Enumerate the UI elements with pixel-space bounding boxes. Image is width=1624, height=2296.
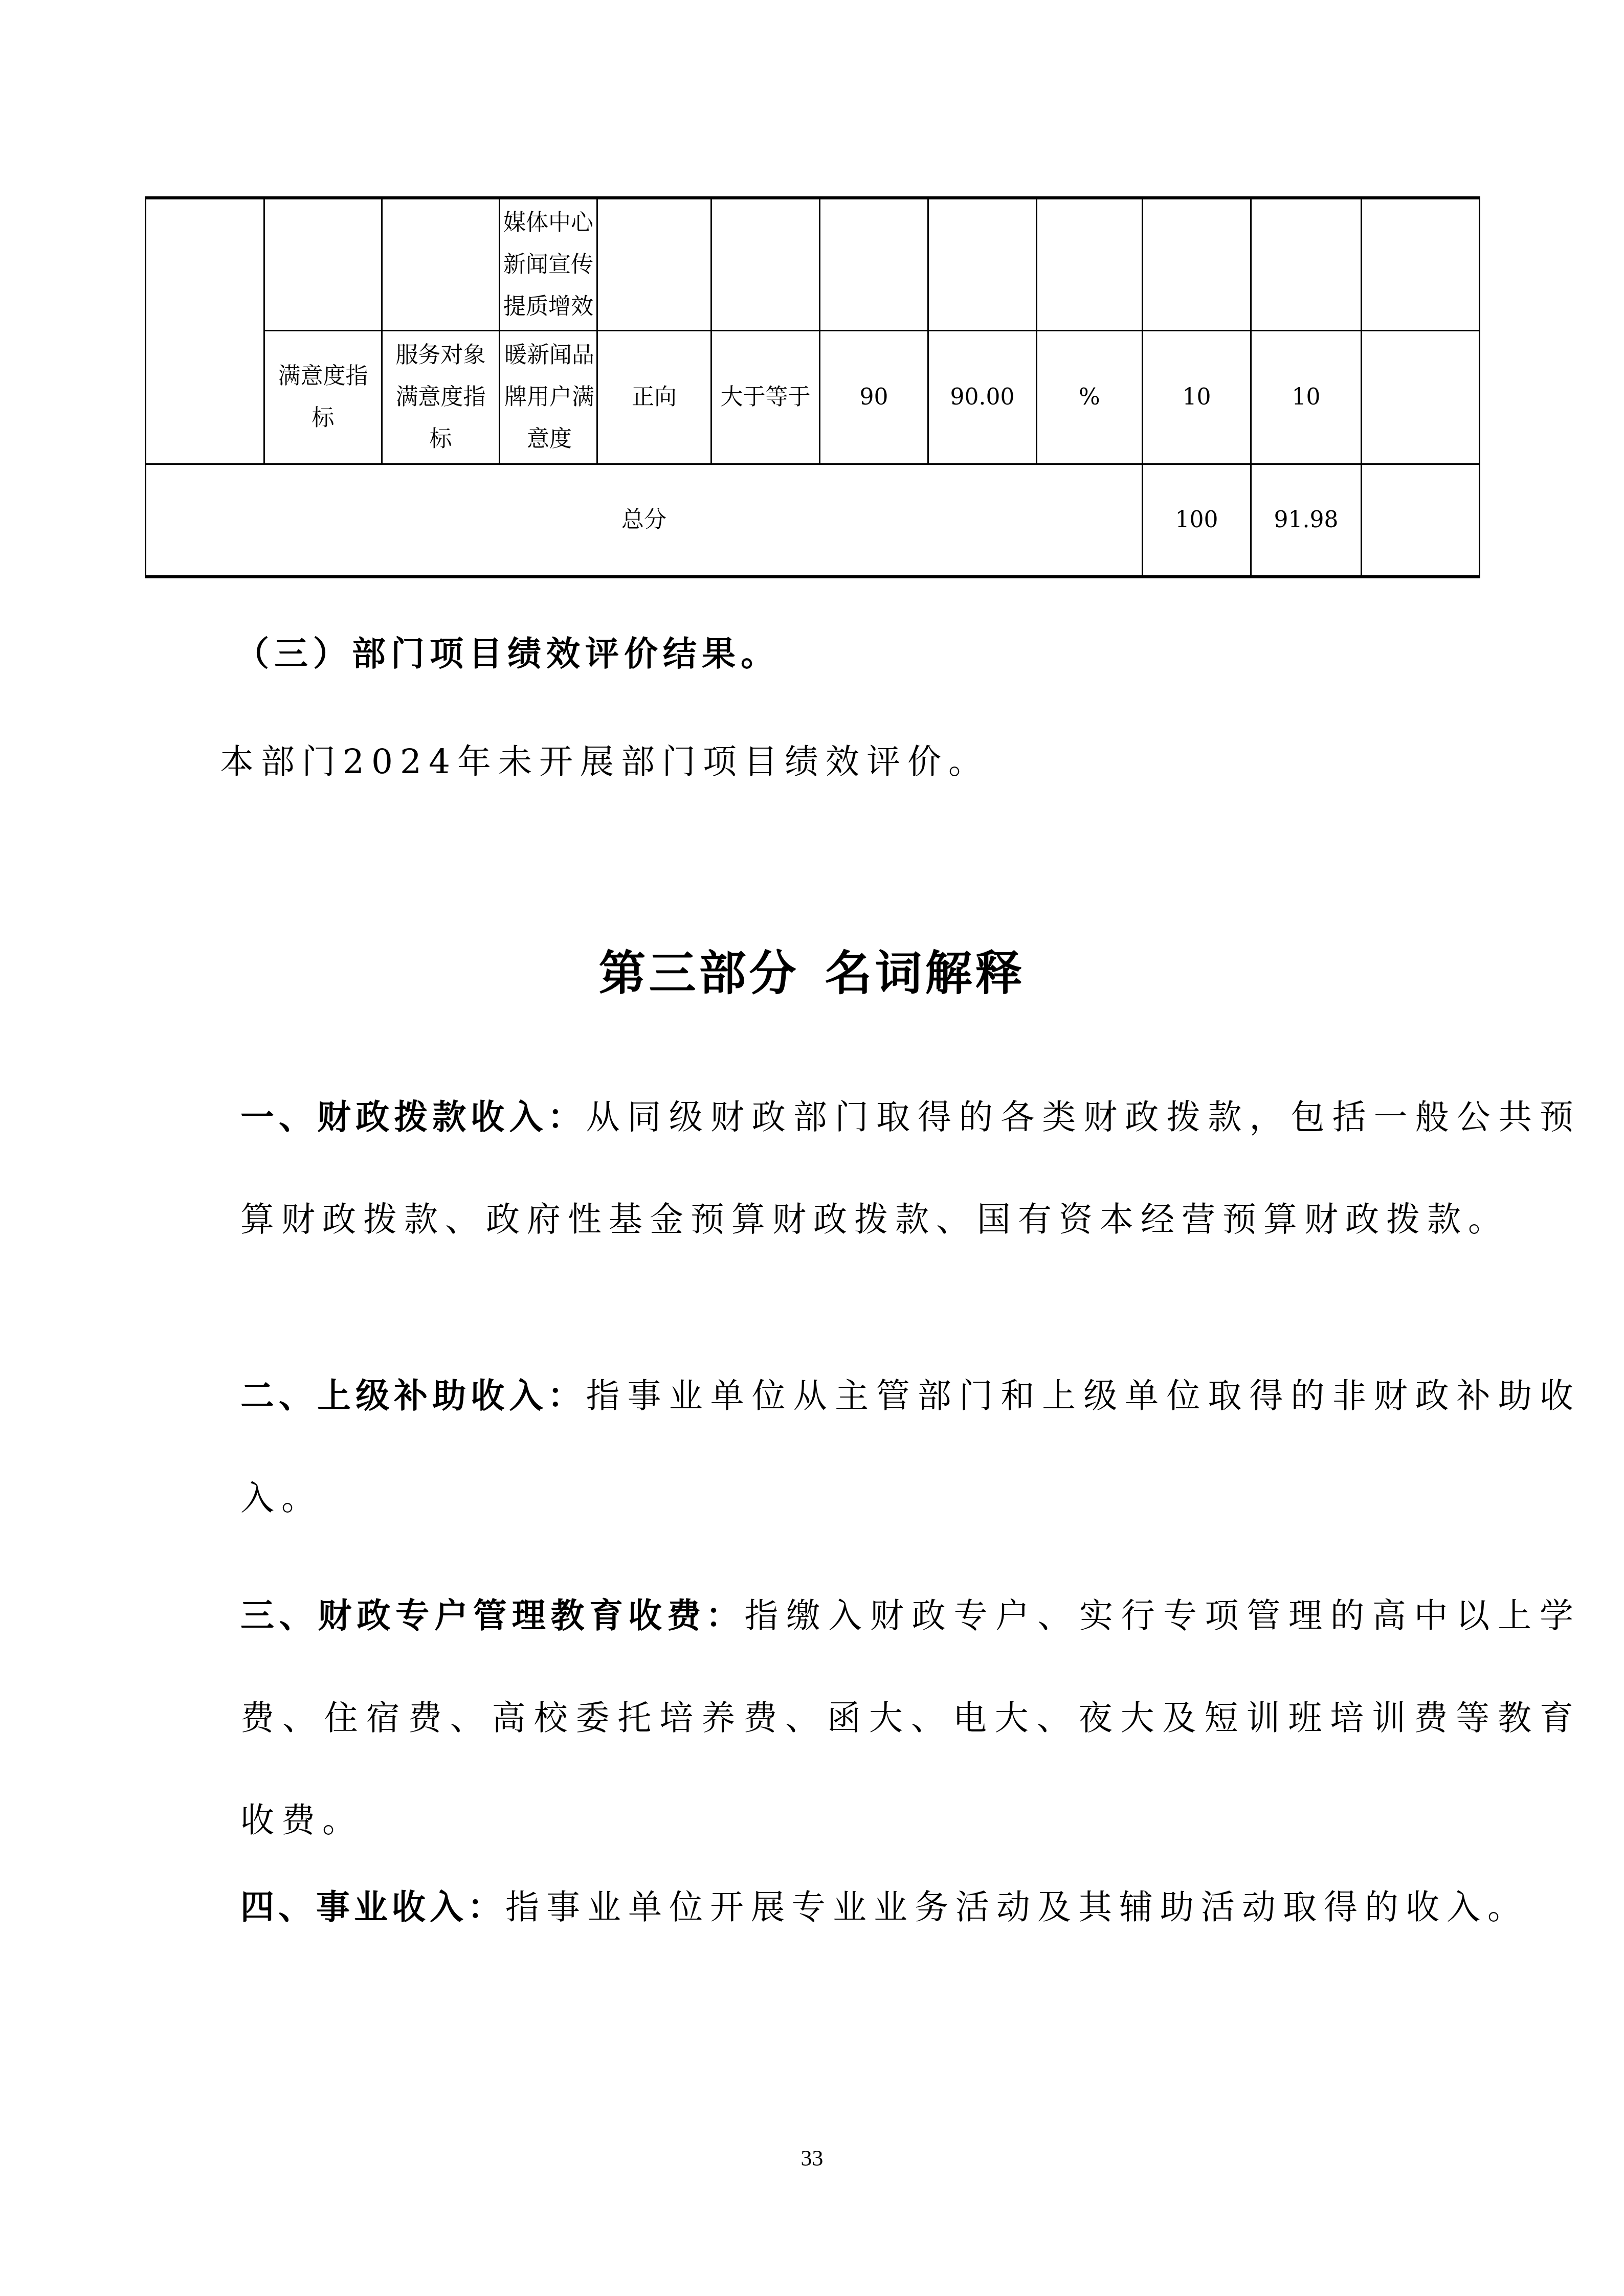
section-part: 第三部分 xyxy=(598,946,799,1001)
table-cell-empty xyxy=(146,198,264,464)
table-cell-empty xyxy=(1037,198,1143,331)
level3-indicator: 暖新闻品牌用户满意度 xyxy=(503,334,595,460)
total-label-cell: 总分 xyxy=(146,464,1143,577)
remark-cell xyxy=(1362,331,1480,464)
table-cell-empty xyxy=(597,198,711,331)
table-cell-empty xyxy=(264,198,382,331)
subsection-body: 本部门2024年未开展部门项目绩效评价。 xyxy=(220,736,1560,787)
performance-indicator-table: 媒体中心新闻宣传提质增效 满意度指标 服务对象满意度指标 暖新闻品牌用户满意度 … xyxy=(145,196,1480,578)
table-cell-empty xyxy=(820,198,928,331)
section-title: 第三部分名词解释 xyxy=(0,936,1624,1003)
level2-indicator-cell: 服务对象满意度指标 xyxy=(382,331,500,464)
actual-value-cell: 90.00 xyxy=(928,331,1037,464)
definition-term: 二、上级补助收入： xyxy=(240,1376,586,1415)
unit-cell: % xyxy=(1037,331,1143,464)
target-value-cell: 90 xyxy=(820,331,928,464)
definition-term: 一、财政拨款收入： xyxy=(240,1097,586,1137)
level1-indicator-cell: 满意度指标 xyxy=(264,331,382,464)
table-cell-empty xyxy=(1251,198,1362,331)
page-number: 33 xyxy=(0,2145,1624,2171)
level2-indicator: 服务对象满意度指标 xyxy=(390,334,492,460)
weight-cell: 10 xyxy=(1143,331,1251,464)
definition-paragraph: 三、财政专户管理教育收费：指缴入财政专户、实行专项管理的高中以上学费、住宿费、高… xyxy=(148,1565,1581,1872)
table-cell-empty xyxy=(711,198,820,331)
definition-paragraph: 二、上级补助收入：指事业单位从主管部门和上级单位取得的非财政补助收入。 xyxy=(148,1345,1581,1549)
indicator-name-cell: 媒体中心新闻宣传提质增效 xyxy=(500,198,597,331)
total-remark-cell xyxy=(1362,464,1480,577)
table-cell-empty xyxy=(1362,198,1480,331)
definition-term: 三、财政专户管理教育收费： xyxy=(240,1596,745,1635)
table-cell-empty xyxy=(928,198,1037,331)
table-row: 满意度指标 服务对象满意度指标 暖新闻品牌用户满意度 正向 大于等于 90 90… xyxy=(146,331,1480,464)
operator-cell: 大于等于 xyxy=(711,331,820,464)
table-row: 媒体中心新闻宣传提质增效 xyxy=(146,198,1480,331)
definition-text: 指事业单位开展专业业务活动及其辅助活动取得的收入。 xyxy=(505,1887,1528,1927)
definition-paragraph: 四、事业收入：指事业单位开展专业业务活动及其辅助活动取得的收入。 xyxy=(148,1856,1581,1959)
definition-term: 四、事业收入： xyxy=(240,1887,505,1927)
total-row: 总分 100 91.98 xyxy=(146,464,1480,577)
direction-cell: 正向 xyxy=(597,331,711,464)
performance-table-container: 媒体中心新闻宣传提质增效 满意度指标 服务对象满意度指标 暖新闻品牌用户满意度 … xyxy=(145,196,1479,578)
total-weight-cell: 100 xyxy=(1143,464,1251,577)
indicator-name: 媒体中心新闻宣传提质增效 xyxy=(503,202,595,328)
definition-paragraph: 一、财政拨款收入：从同级财政部门取得的各类财政拨款，包括一般公共预算财政拨款、政… xyxy=(148,1066,1581,1271)
level1-indicator: 满意度指标 xyxy=(272,355,374,439)
section-name: 名词解释 xyxy=(825,946,1026,1001)
table-cell-empty xyxy=(1143,198,1251,331)
score-cell: 10 xyxy=(1251,331,1362,464)
table-cell-empty xyxy=(382,198,500,331)
subsection-heading: （三）部门项目绩效评价结果。 xyxy=(235,626,780,675)
total-score-cell: 91.98 xyxy=(1251,464,1362,577)
level3-indicator-cell: 暖新闻品牌用户满意度 xyxy=(500,331,597,464)
